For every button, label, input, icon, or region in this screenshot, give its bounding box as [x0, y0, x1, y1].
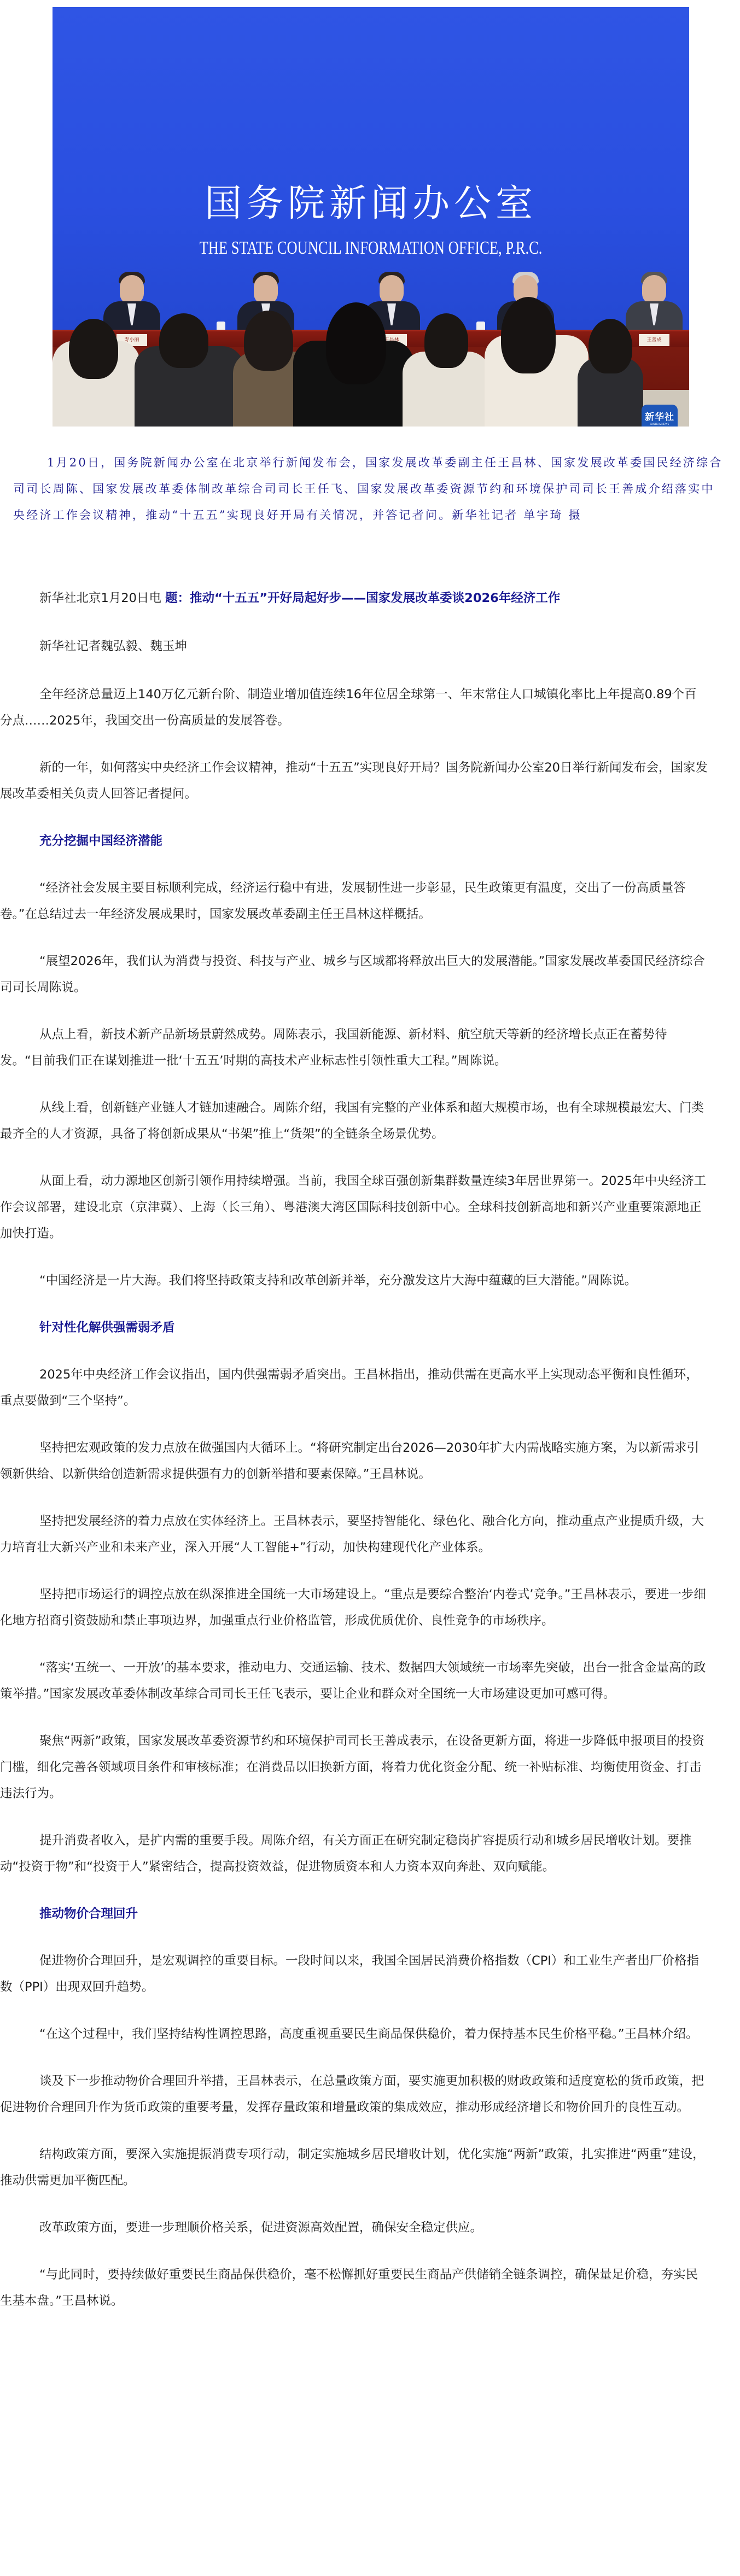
- paragraph: 从面上看，动力源地区创新引领作用持续增强。当前，我国全球百强创新集群数量连续3年…: [0, 1168, 708, 1247]
- paragraph: 新的一年，如何落实中央经济工作会议精神，推动“十五五”实现良好开局？国务院新闻办…: [0, 755, 708, 807]
- section-heading: 针对性化解供强需弱矛盾: [39, 1315, 708, 1341]
- paragraph: 全年经济总量迈上140万亿元新台阶、制造业增加值连续16年位居全球第一、年末常住…: [0, 681, 708, 734]
- paragraph: “展望2026年，我们认为消费与投资、科技与产业、城乡与区域都将释放出巨大的发展…: [0, 948, 708, 1001]
- press-conference-photo: 国务院新闻办公室 THE STATE COUNCIL INFORMATION O…: [53, 7, 689, 427]
- speaker-5: [621, 275, 687, 335]
- photo-caption: 1月20日，国务院新闻办公室在北京举行新闻发布会，国家发展改革委副主任王昌林、国…: [13, 449, 723, 528]
- paragraph: 坚持把宏观政策的发力点放在做强国内大循环上。“将研究制定出台2026—2030年…: [0, 1435, 708, 1487]
- paragraph: 促进物价合理回升，是宏观调控的重要目标。一段时间以来，我国全国居民消费价格指数（…: [0, 1948, 708, 2000]
- paragraph: 坚持把发展经济的着力点放在实体经济上。王昌林表示，要坚持智能化、绿色化、融合化方…: [0, 1508, 708, 1561]
- xinhua-logo-cn: 新华社: [642, 409, 678, 423]
- paragraph: 聚焦“两新”政策，国家发展改革委资源节约和环境保护司司长王善成表示，在设备更新方…: [0, 1728, 708, 1807]
- paragraph: 2025年中央经济工作会议指出，国内供强需弱矛盾突出。王昌林指出，推动供需在更高…: [0, 1362, 708, 1414]
- paragraph: 结构政策方面，要深入实施提振消费专项行动，制定实施城乡居民增收计划，优化实施“两…: [0, 2141, 708, 2194]
- article-body: 新华社北京1月20日电 题：推动“十五五”开好局起好步——国家发展改革委谈202…: [39, 585, 708, 2335]
- audience: [53, 363, 689, 427]
- paragraph: 提升消费者收入，是扩内需的重要手段。周陈介绍，有关方面正在研究制定稳岗扩容提质行…: [0, 1827, 708, 1880]
- paragraph: 改革政策方面，要进一步理顺价格关系，促进资源高效配置，确保安全稳定供应。: [0, 2215, 708, 2241]
- paragraph: “落实‘五统一、一开放’的基本要求，推动电力、交通运输、技术、数据四大领域统一市…: [0, 1655, 708, 1707]
- article-title: 题：推动“十五五”开好局起好步——国家发展改革委谈2026年经济工作: [165, 591, 560, 605]
- paragraph: 从点上看，新技术新产品新场景蔚然成势。周陈表示，我国新能源、新材料、航空航天等新…: [0, 1021, 708, 1074]
- nameplate: 王善成: [639, 334, 669, 346]
- paragraph: 谈及下一步推动物价合理回升举措，王昌林表示，在总量政策方面，要实施更加积极的财政…: [0, 2068, 708, 2121]
- paragraph: 从线上看，创新链产业链人才链加速融合。周陈介绍，我国有完整的产业体系和超大规模市…: [0, 1095, 708, 1147]
- backdrop-title-cn: 国务院新闻办公室: [53, 174, 689, 227]
- paragraph: “与此同时，要持续做好重要民生商品保供稳价，毫不松懈抓好重要民生商品产供储销全链…: [0, 2262, 708, 2314]
- network-globe-icon: [646, 425, 673, 427]
- section-heading: 推动物价合理回升: [39, 1901, 708, 1927]
- backdrop-title-en: THE STATE COUNCIL INFORMATION OFFICE, P.…: [123, 238, 619, 259]
- dateline: 新华社北京1月20日电: [39, 591, 165, 605]
- paragraph: “中国经济是一片大海。我们将坚持政策支持和改革创新并举，充分激发这片大海中蕴藏的…: [0, 1267, 708, 1294]
- section-heading: 充分挖掘中国经济潜能: [39, 828, 708, 854]
- dateline-paragraph: 新华社北京1月20日电 题：推动“十五五”开好局起好步——国家发展改革委谈202…: [39, 585, 708, 611]
- xinhua-watermark-logo: 新华社 XINHUA NEWS: [642, 405, 678, 427]
- paragraph: “在这个过程中，我们坚持结构性调控思路，高度重视重要民生商品保供稳价，着力保持基…: [0, 2021, 708, 2047]
- byline: 新华社记者魏弘毅、魏玉坤: [39, 633, 708, 659]
- paragraph: 坚持把市场运行的调控点放在纵深推进全国统一大市场建设上。“重点是要综合整治‘内卷…: [0, 1581, 708, 1634]
- paragraph: “经济社会发展主要目标顺利完成，经济运行稳中有进，发展韧性进一步彰显，民生政策更…: [0, 875, 708, 927]
